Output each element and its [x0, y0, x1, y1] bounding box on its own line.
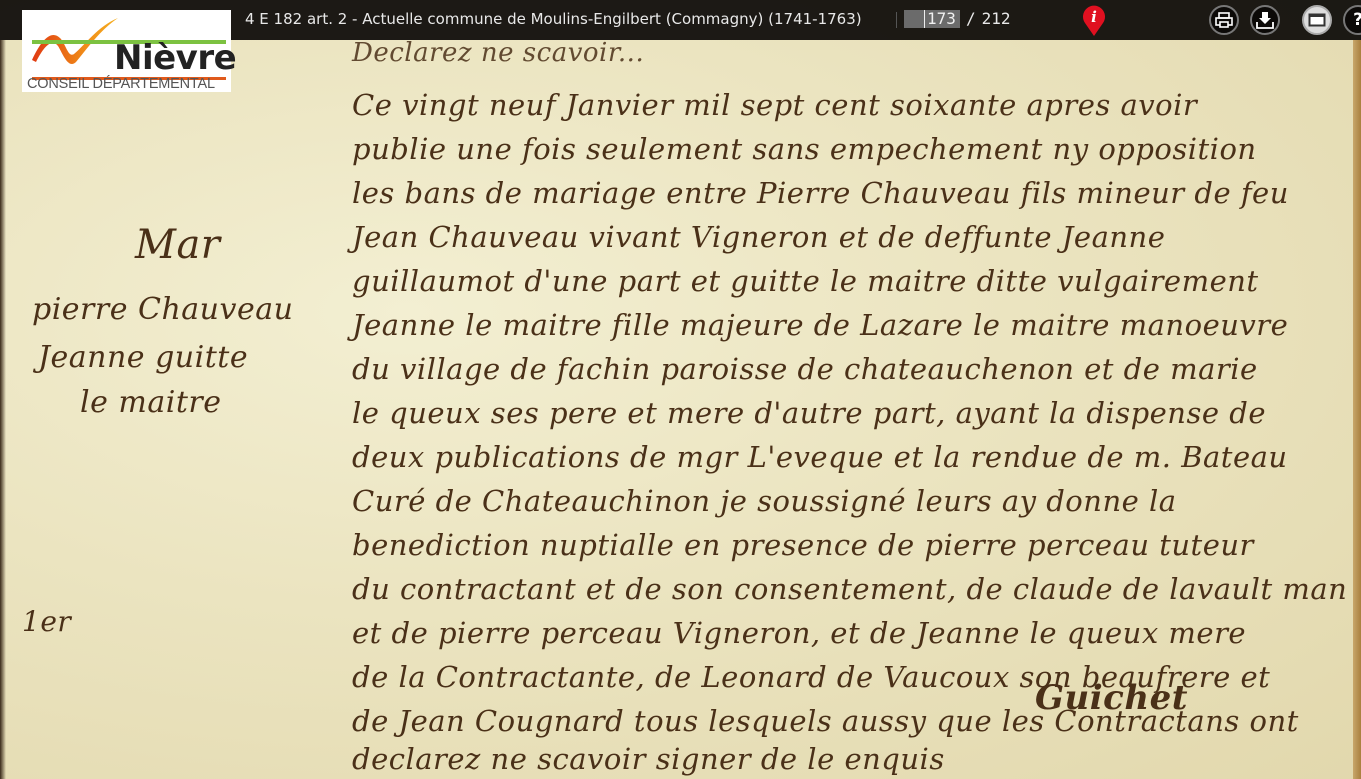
- logo-subtitle: CONSEIL DÉPARTEMENTAL: [27, 76, 215, 92]
- manuscript-line: les bans de mariage entre Pierre Chauvea…: [352, 176, 1289, 210]
- manuscript-top-fragment: Declarez ne scavoir...: [352, 38, 644, 68]
- page-binding-shadow: [0, 40, 6, 779]
- manuscript-line: declarez ne scavoir signer de le enquis: [352, 742, 945, 776]
- help-button[interactable]: ?: [1343, 5, 1361, 35]
- manuscript-line: du contractant et de son consentement, d…: [352, 572, 1347, 606]
- page-edge: [1353, 40, 1361, 779]
- info-pin-icon: i: [1080, 3, 1108, 37]
- margin-note-line: le maitre: [80, 385, 221, 420]
- margin-note-line: pierre Chauveau: [32, 292, 293, 327]
- logo-brand: Nièvre: [114, 38, 236, 78]
- manuscript-line: deux publications de mgr L'eveque et la …: [352, 440, 1288, 474]
- manuscript-line: Curé de Chateauchinon je soussigné leurs…: [352, 484, 1177, 518]
- manuscript-line: publie une fois seulement sans empecheme…: [352, 132, 1257, 166]
- manuscript-line: guillaumot d'une part et guitte le maitr…: [352, 264, 1259, 298]
- download-icon: [1256, 11, 1274, 29]
- margin-note-heading: Mar: [135, 222, 220, 268]
- page-separator: /: [966, 9, 976, 28]
- info-button[interactable]: i: [1080, 3, 1108, 41]
- download-button[interactable]: [1250, 5, 1280, 35]
- toolbar-divider: [896, 12, 897, 28]
- page-input-padding: [904, 10, 924, 28]
- document-title: 4 E 182 art. 2 - Actuelle commune de Mou…: [245, 10, 862, 28]
- manuscript-line: Jean Chauveau vivant Vigneron et de deff…: [352, 220, 1165, 254]
- manuscript-line: benediction nuptialle en presence de pie…: [352, 528, 1254, 562]
- manuscript-line: Jeanne le maitre fille majeure de Lazare…: [352, 308, 1288, 342]
- margin-note-line: Jeanne guitte: [38, 340, 248, 375]
- margin-number: 1er: [22, 605, 71, 638]
- printer-icon: [1215, 12, 1233, 28]
- svg-text:i: i: [1091, 8, 1097, 26]
- display-mode-button[interactable]: [1302, 5, 1332, 35]
- page-navigator: / 212: [904, 9, 1011, 28]
- help-icon: ?: [1353, 10, 1361, 30]
- page-total: 212: [982, 9, 1011, 28]
- manuscript-line: le queux ses pere et mere d'autre part, …: [352, 396, 1266, 430]
- window-icon: [1308, 13, 1326, 27]
- manuscript-line: Ce vingt neuf Janvier mil sept cent soix…: [352, 88, 1197, 122]
- manuscript-line: et de pierre perceau Vigneron, et de Jea…: [352, 616, 1246, 650]
- manuscript-line: du village de fachin paroisse de chateau…: [352, 352, 1258, 386]
- document-image-viewer[interactable]: Declarez ne scavoir... Mar pierre Chauve…: [0, 0, 1361, 779]
- page-number-input[interactable]: [924, 10, 960, 28]
- signature: Guichet: [1035, 678, 1188, 718]
- print-button[interactable]: [1209, 5, 1239, 35]
- nievre-logo[interactable]: Nièvre CONSEIL DÉPARTEMENTAL: [22, 10, 231, 92]
